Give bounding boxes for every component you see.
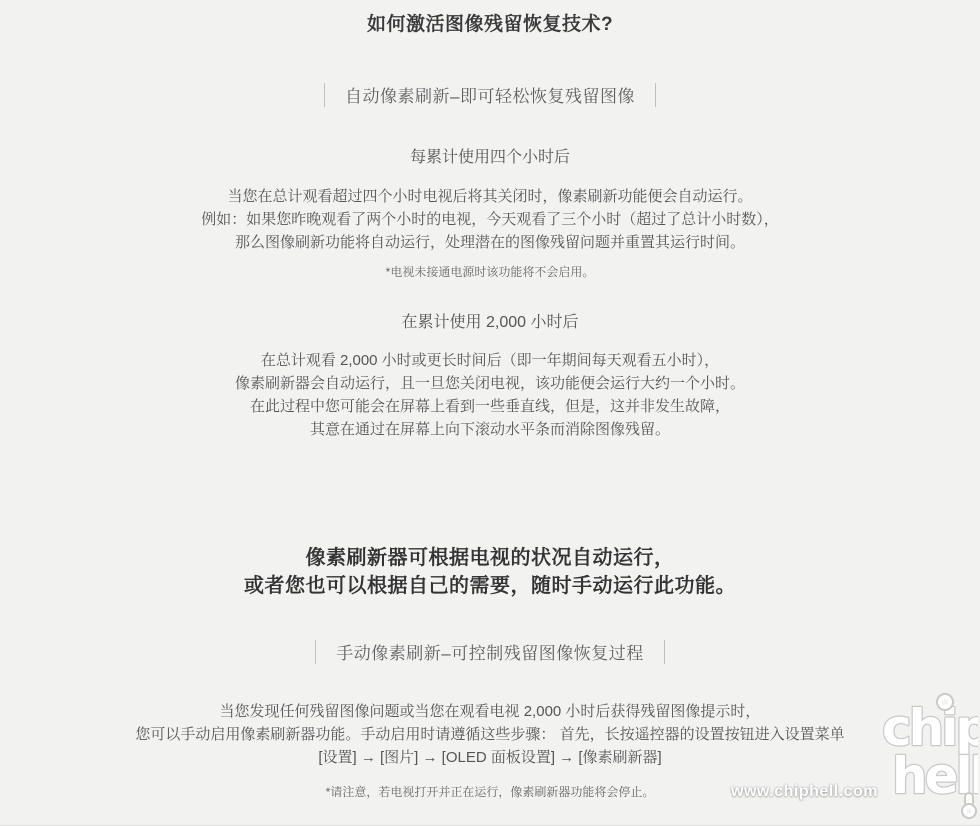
statement-line: 或者您也可以根据自己的需要，随时手动运行此功能。 — [0, 572, 980, 600]
auto-refresh-heading-label: 自动像素刷新–即可轻松恢复残留图像 — [345, 82, 635, 107]
paragraph-line: 在总计观看 2,000 小时或更长时间后（即一年期间每天观看五小时）， — [0, 349, 980, 372]
page-title: 如何激活图像残留恢复技术? — [0, 0, 980, 37]
manual-refresh-section-heading: 手动像素刷新–可控制残留图像恢复过程 — [0, 639, 980, 664]
paragraph-line: 其意在通过在屏幕上向下滚动水平条而消除图像残留。 — [0, 418, 980, 441]
bold-statement: 像素刷新器可根据电视的状况自动运行， 或者您也可以根据自己的需要，随时手动运行此… — [0, 544, 980, 600]
paragraph-line: 您可以手动启用像素刷新器功能。手动启用时请遵循这些步骤： 首先，长按遥控器的设置… — [0, 723, 980, 746]
chiphell-logo-icon: chip hell — [882, 693, 978, 819]
paragraph-line: 那么图像刷新功能将自动运行，处理潜在的图像残留问题并重置其运行时间。 — [0, 231, 980, 254]
four-hours-footnote: *电视未接通电源时该功能将不会启用。 — [0, 265, 980, 280]
right-divider-bar — [664, 640, 665, 664]
manual-refresh-paragraph: 当您发现任何残留图像问题或当您在观看电视 2,000 小时后获得残留图像提示时，… — [0, 700, 980, 769]
four-hours-subtitle: 每累计使用四个小时后 — [0, 148, 980, 168]
paragraph-line: 当您发现任何残留图像问题或当您在观看电视 2,000 小时后获得残留图像提示时， — [0, 700, 980, 723]
auto-refresh-section-heading: 自动像素刷新–即可轻松恢复残留图像 — [0, 82, 980, 107]
statement-line: 像素刷新器可根据电视的状况自动运行， — [0, 544, 980, 572]
left-divider-bar — [324, 83, 325, 107]
right-divider-bar — [655, 83, 656, 107]
two-thousand-hours-subtitle: 在累计使用 2,000 小时后 — [0, 313, 980, 333]
two-thousand-hours-paragraph: 在总计观看 2,000 小时或更长时间后（即一年期间每天观看五小时）， 像素刷新… — [0, 349, 980, 441]
chiphell-url-watermark: www.chiphell.com — [731, 783, 878, 801]
four-hours-paragraph: 当您在总计观看超过四个小时电视后将其关闭时，像素刷新功能便会自动运行。 例如：如… — [0, 185, 980, 254]
paragraph-line: 像素刷新器会自动运行，且一旦您关闭电视，该功能便会运行大约一个小时。 — [0, 372, 980, 395]
paragraph-line: 在此过程中您可能会在屏幕上看到一些垂直线，但是，这并非发生故障， — [0, 395, 980, 418]
manual-refresh-heading-label: 手动像素刷新–可控制残留图像恢复过程 — [336, 639, 643, 664]
menu-path-line: [设置] → [图片] → [OLED 面板设置] → [像素刷新器] — [0, 746, 980, 769]
paragraph-line: 例如：如果您昨晚观看了两个小时的电视，今天观看了三个小时（超过了总计小时数）， — [0, 208, 980, 231]
paragraph-line: 当您在总计观看超过四个小时电视后将其关闭时，像素刷新功能便会自动运行。 — [0, 185, 980, 208]
left-divider-bar — [315, 640, 316, 664]
pixel-refresh-info-page: 如何激活图像残留恢复技术? 自动像素刷新–即可轻松恢复残留图像 每累计使用四个小… — [0, 0, 980, 826]
